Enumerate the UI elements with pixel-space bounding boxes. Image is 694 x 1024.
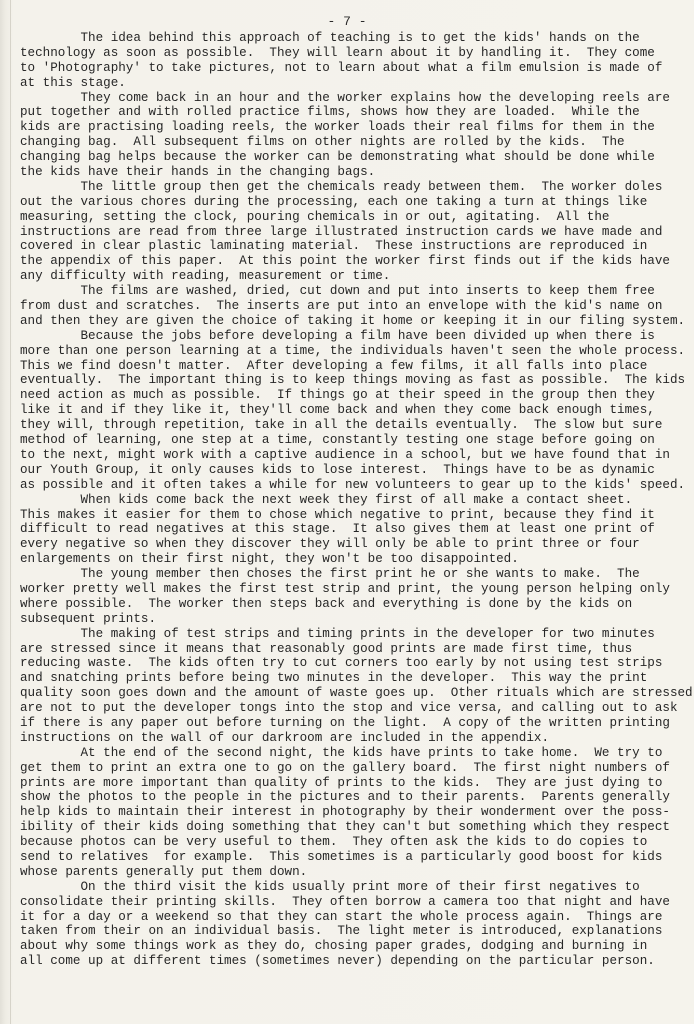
text-line: our Youth Group, it only causes kids to … <box>20 463 690 478</box>
text-line: the appendix of this paper. At this poin… <box>20 254 690 269</box>
text-line: technology as soon as possible. They wil… <box>20 46 690 61</box>
text-line: quality soon goes down and the amount of… <box>20 686 690 701</box>
text-line: show the photos to the people in the pic… <box>20 790 690 805</box>
text-line: On the third visit the kids usually prin… <box>20 880 690 895</box>
text-line: ibility of their kids doing something th… <box>20 820 690 835</box>
text-line: help kids to maintain their interest in … <box>20 805 690 820</box>
text-line: get them to print an extra one to go on … <box>20 761 690 776</box>
text-line: They come back in an hour and the worker… <box>20 91 690 106</box>
text-line: to 'Photography' to take pictures, not t… <box>20 61 690 76</box>
text-line: to the next, might work with a captive a… <box>20 448 690 463</box>
text-line: where possible. The worker then steps ba… <box>20 597 690 612</box>
text-line: need action as much as possible. If thin… <box>20 388 690 403</box>
text-line: whose parents generally put them down. <box>20 865 690 880</box>
text-line: changing bag helps because the worker ca… <box>20 150 690 165</box>
text-line: instructions on the wall of our darkroom… <box>20 731 690 746</box>
text-line: worker pretty well makes the first test … <box>20 582 690 597</box>
text-line: kids are practising loading reels, the w… <box>20 120 690 135</box>
text-line: difficult to read negatives at this stag… <box>20 522 690 537</box>
text-line: it for a day or a weekend so that they c… <box>20 910 690 925</box>
text-line: like it and if they like it, they'll com… <box>20 403 690 418</box>
text-line: changing bag. All subsequent films on ot… <box>20 135 690 150</box>
text-line: The making of test strips and timing pri… <box>20 627 690 642</box>
text-line: Because the jobs before developing a fil… <box>20 329 690 344</box>
text-line: This makes it easier for them to chose w… <box>20 508 690 523</box>
text-line: reducing waste. The kids often try to cu… <box>20 656 690 671</box>
text-line: all come up at different times (sometime… <box>20 954 690 969</box>
text-line: enlargements on their first night, they … <box>20 552 690 567</box>
text-line: out the various chores during the proces… <box>20 195 690 210</box>
text-line: At the end of the second night, the kids… <box>20 746 690 761</box>
text-line: the kids have their hands in the changin… <box>20 165 690 180</box>
text-line: put together and with rolled practice fi… <box>20 105 690 120</box>
text-line: are stressed since it means that reasona… <box>20 642 690 657</box>
text-line: as possible and it often takes a while f… <box>20 478 690 493</box>
text-line: eventually. The important thing is to ke… <box>20 373 690 388</box>
document-page: - 7 - The idea behind this approach of t… <box>0 0 694 1024</box>
text-line: are not to put the developer tongs into … <box>20 701 690 716</box>
text-line: and then they are given the choice of ta… <box>20 314 690 329</box>
text-line: if there is any paper out before turning… <box>20 716 690 731</box>
text-line: any difficulty with reading, measurement… <box>20 269 690 284</box>
text-line: measuring, setting the clock, pouring ch… <box>20 210 690 225</box>
page-number: - 7 - <box>0 14 694 29</box>
text-line: The films are washed, dried, cut down an… <box>20 284 690 299</box>
text-line: This we find doesn't matter. After devel… <box>20 359 690 374</box>
text-line: from dust and scratches. The inserts are… <box>20 299 690 314</box>
text-line: consolidate their printing skills. They … <box>20 895 690 910</box>
text-line: subsequent prints. <box>20 612 690 627</box>
text-line: prints are more important than quality o… <box>20 776 690 791</box>
text-line: The idea behind this approach of teachin… <box>20 31 690 46</box>
text-line: more than one person learning at a time,… <box>20 344 690 359</box>
text-line: method of learning, one step at a time, … <box>20 433 690 448</box>
text-line: at this stage. <box>20 76 690 91</box>
text-line: instructions are read from three large i… <box>20 225 690 240</box>
text-line: every negative so when they discover the… <box>20 537 690 552</box>
document-body: The idea behind this approach of teachin… <box>20 31 690 969</box>
text-line: because photos can be very useful to the… <box>20 835 690 850</box>
text-line: taken from their on an individual basis.… <box>20 924 690 939</box>
page-binding-edge <box>10 0 11 1024</box>
text-line: covered in clear plastic laminating mate… <box>20 239 690 254</box>
text-line: send to relatives for example. This some… <box>20 850 690 865</box>
text-line: and snatching prints before being two mi… <box>20 671 690 686</box>
text-line: about why some things work as they do, c… <box>20 939 690 954</box>
text-line: The young member then choses the first p… <box>20 567 690 582</box>
text-line: they will, through repetition, take in a… <box>20 418 690 433</box>
text-line: When kids come back the next week they f… <box>20 493 690 508</box>
text-line: The little group then get the chemicals … <box>20 180 690 195</box>
